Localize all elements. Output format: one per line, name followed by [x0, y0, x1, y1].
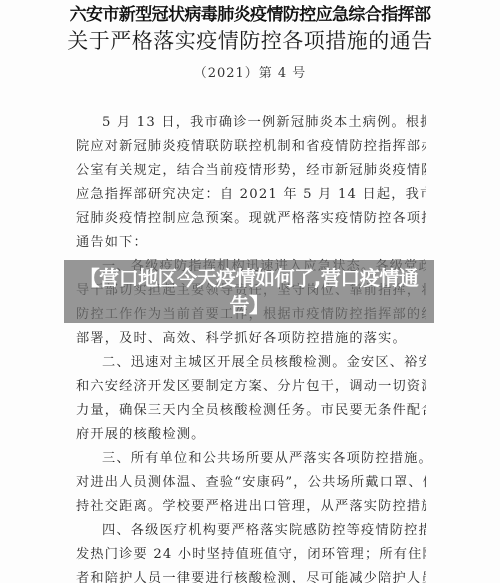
body-line: 通告如下：: [76, 231, 426, 255]
body-line: 四、各级医疗机构要严格落实院感防控等疫情防控措施。: [76, 519, 426, 543]
body-line: 和六安经济开发区要制定方案、分片包干，调动一切资源和: [76, 375, 426, 399]
body-line: 者和陪护人员一律要进行核酸检测，尽可能减少陪护人员，: [76, 567, 426, 583]
notice-body: 5 月 13 日，我市确诊一例新冠肺炎本土病例。根据国务 院应对新冠肺炎疫情联防…: [76, 111, 426, 583]
body-line: 二、迅速对主城区开展全员核酸检测。金安区、裕安区: [76, 351, 426, 375]
notice-title: 关于严格落实疫情防控各项措施的通告: [0, 27, 500, 55]
overlay-headline: 【营口地区今天疫情如何了,营口疫情通告】: [70, 265, 428, 319]
body-line: 发热门诊要 24 小时坚持值班值守，闭环管理；所有住院患: [76, 543, 426, 567]
body-line: 冠肺炎疫情控制应急预案。现就严格落实疫情防控各项措施: [76, 207, 426, 231]
body-line: 力量，确保三天内全员核酸检测任务。市民要无条件配合政: [76, 399, 426, 423]
issuer-title: 六安市新型冠状病毒肺炎疫情防控应急综合指挥部: [0, 4, 500, 26]
body-line: 三、所有单位和公共场所要从严落实各项防控措施。要: [76, 447, 426, 471]
body-line: 院应对新冠肺炎疫情联防联控机制和省疫情防控指挥部办: [76, 135, 426, 159]
body-line: 公室有关规定，结合当前疫情形势，经市新冠肺炎疫情防控: [76, 159, 426, 183]
document-number: （2021）第 4 号: [0, 64, 500, 84]
body-line: 部署，及时、高效、科学抓好各项防控措施的落实。: [76, 327, 426, 351]
body-line: 对进出人员测体温、查验“安康码”，公共场所戴口罩、保: [76, 471, 426, 495]
body-line: 持社交距离。学校要严格进出口管理，从严落实防控措施。: [76, 495, 426, 519]
headline-overlay-banner: 【营口地区今天疫情如何了,营口疫情通告】: [64, 260, 434, 323]
body-line: 5 月 13 日，我市确诊一例新冠肺炎本土病例。根据国务: [76, 111, 426, 135]
body-line: 应急指挥部研究决定：自 2021 年 5 月 14 日起，我市启动新: [76, 183, 426, 207]
body-line: 府开展的核酸检测。: [76, 423, 426, 447]
